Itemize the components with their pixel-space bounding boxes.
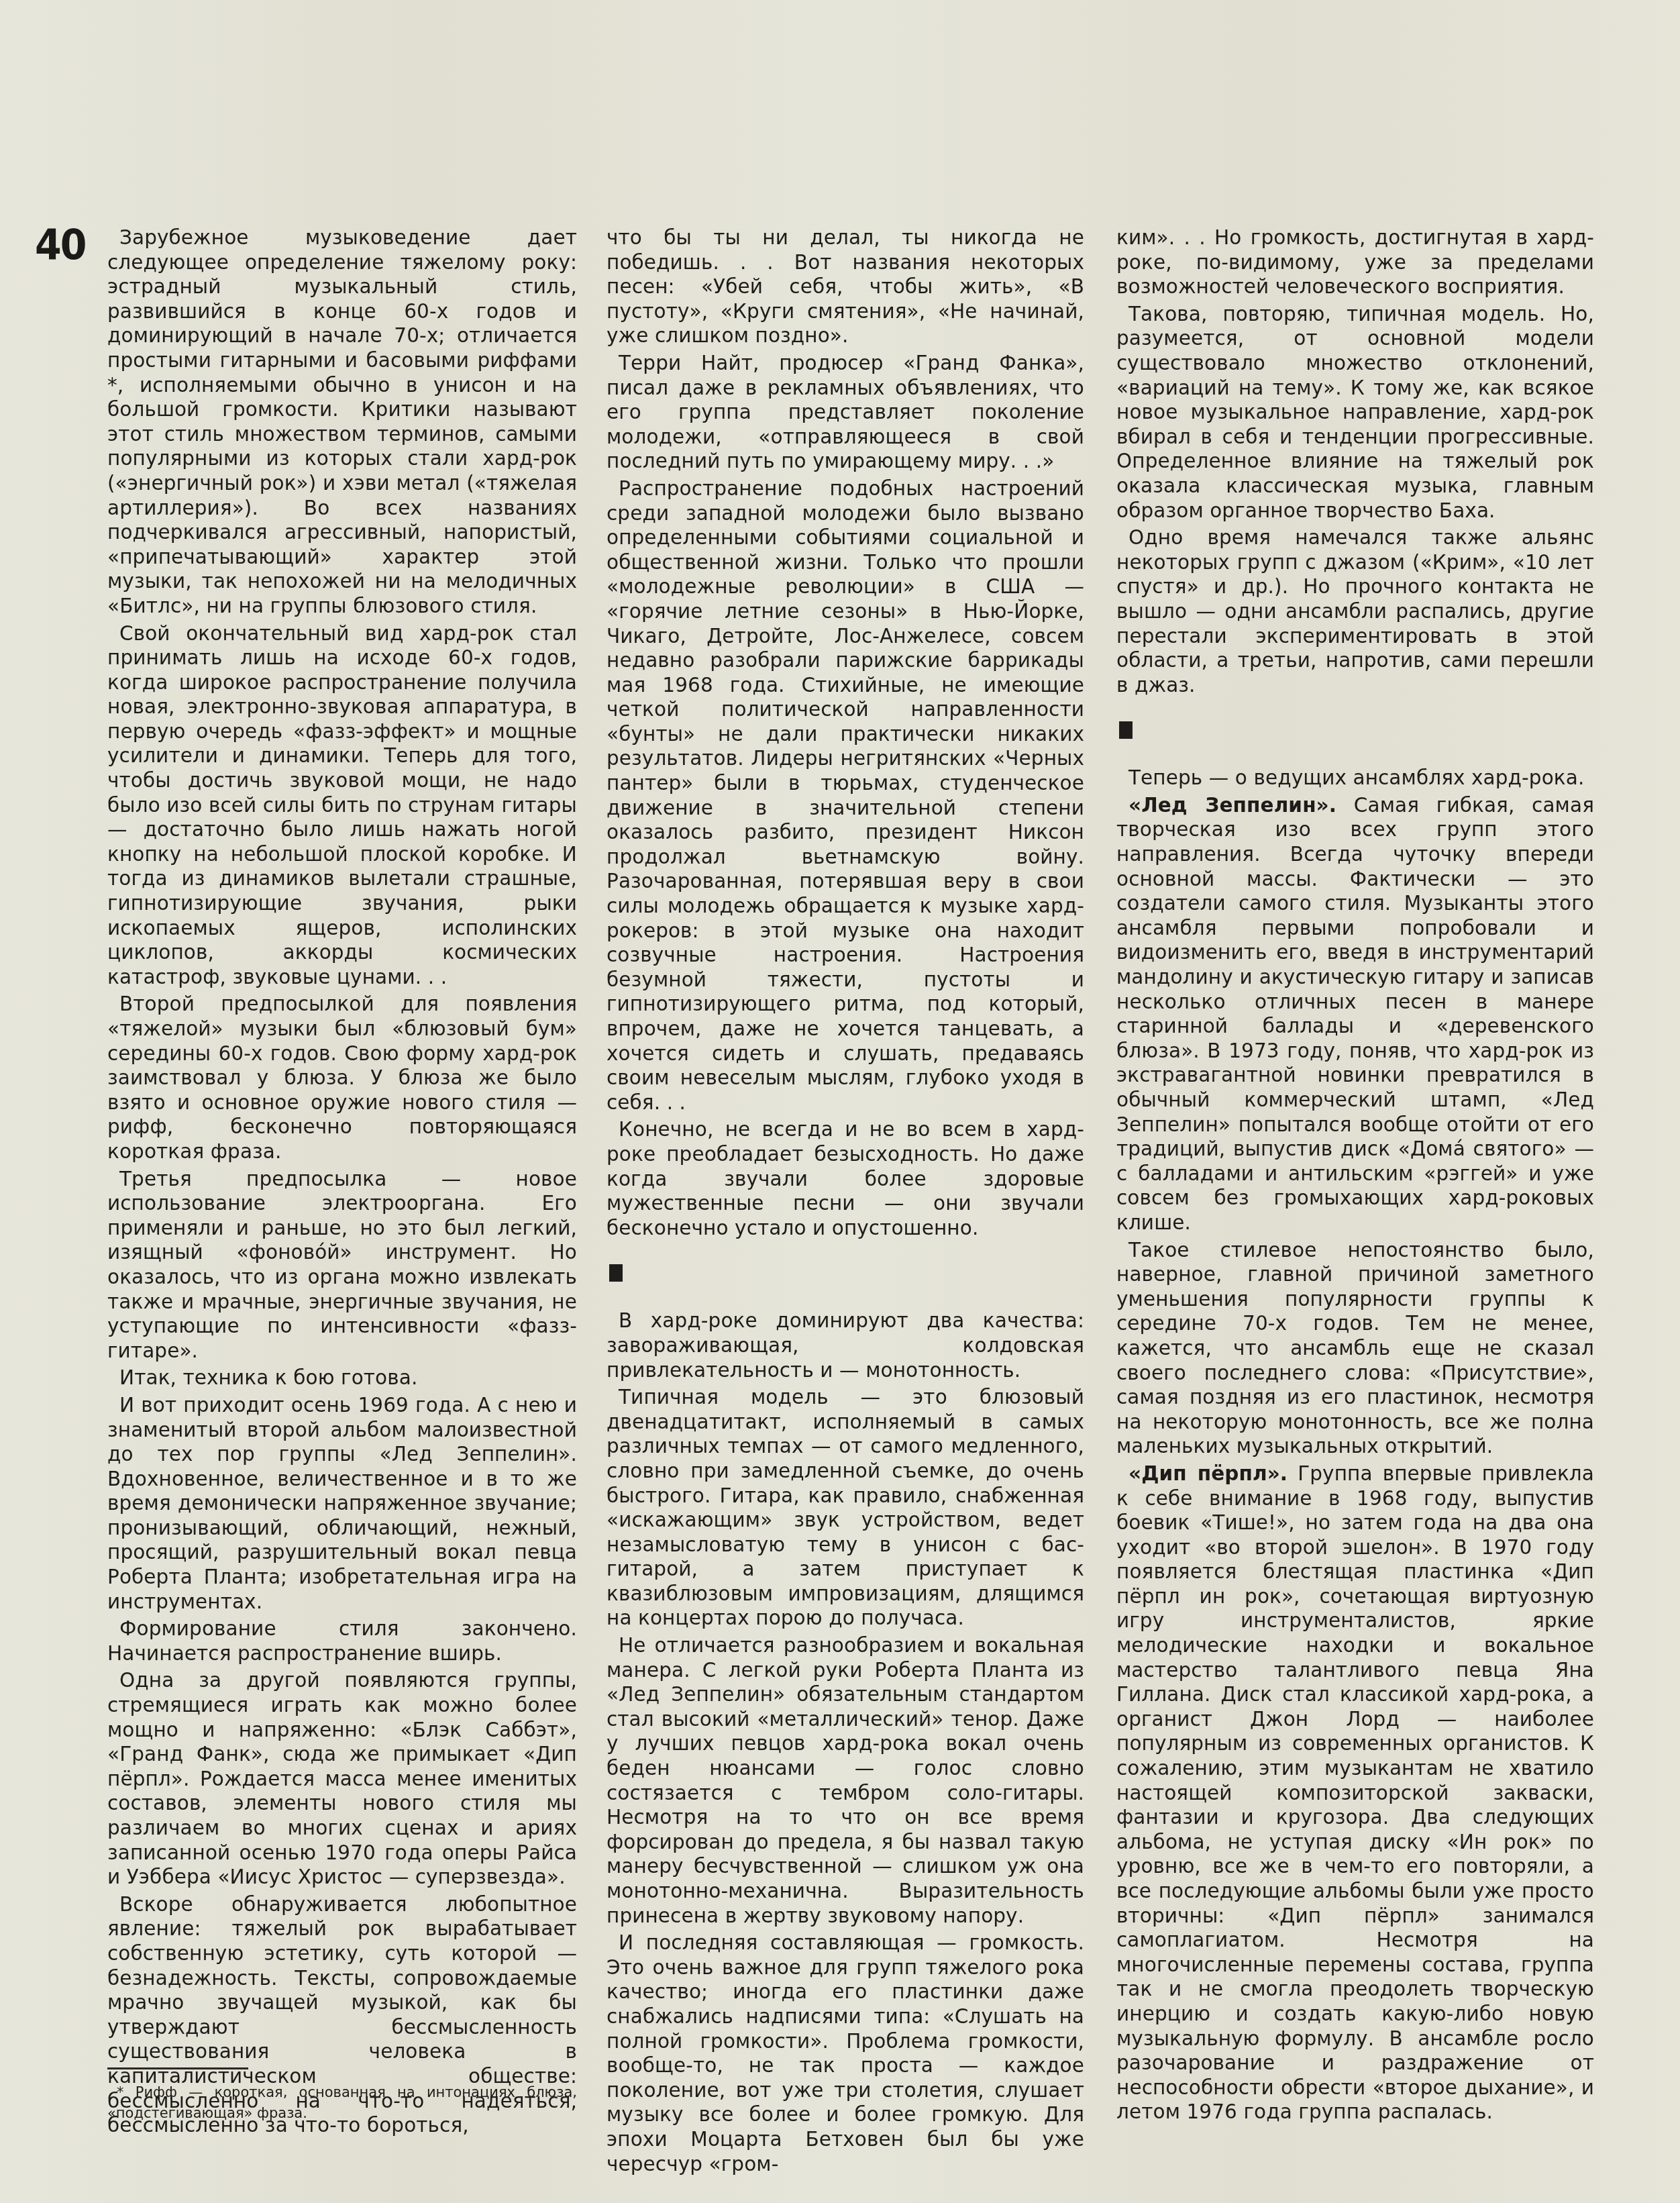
- section-led-zeppelin: «Лед Зеппелин». Самая гибкая, самая твор…: [1116, 793, 1594, 1235]
- section-break-square-icon: [1119, 721, 1133, 739]
- page-number: 40: [35, 224, 86, 266]
- paragraph: Такова, повторяю, типичная модель. Но, р…: [1116, 302, 1594, 523]
- footnote-divider: [107, 2067, 248, 2069]
- paragraph: ким». . . Но громкость, достигнутая в ха…: [1116, 225, 1594, 299]
- paragraph: В хард-роке доминируют два качества: зав…: [607, 1309, 1084, 1382]
- section-break-square-icon: [609, 1264, 623, 1282]
- paragraph: И вот приходит осень 1969 года. А с нею …: [107, 1393, 577, 1614]
- paragraph: Формирование стиля закончено. Начинается…: [107, 1617, 577, 1666]
- paragraph: Итак, техника к бою готова.: [107, 1366, 577, 1390]
- paragraph: Такое стилевое непостоянство было, навер…: [1116, 1238, 1594, 1459]
- column-right: ким». . . Но громкость, достигнутая в ха…: [1116, 225, 1594, 2127]
- paragraph: Свой окончательный вид хард-рок стал при…: [107, 621, 577, 990]
- paragraph: Зарубежное музыковедение дает следующее …: [107, 225, 577, 619]
- paragraph: Теперь — о ведущих ансамблях хард-рока.: [1116, 766, 1594, 790]
- paragraph: Распространение подобных настроений сред…: [607, 476, 1084, 1115]
- column-left: Зарубежное музыковедение дает следующее …: [107, 225, 577, 2141]
- band-heading-deep-purple: «Дип пёрпл».: [1128, 1462, 1288, 1485]
- paragraph: Не отличается разнообразием и вокальная …: [607, 1633, 1084, 1928]
- paragraph: И последняя составляющая — громкость. Эт…: [607, 1931, 1084, 2176]
- paragraph: Одна за другой появляются группы, стремя…: [107, 1668, 577, 1889]
- column-middle: что бы ты ни делал, ты никогда не победи…: [607, 225, 1084, 2179]
- paragraph: Третья предпосылка — новое использование…: [107, 1167, 577, 1364]
- paragraph: Терри Найт, продюсер «Гранд Фанка», писа…: [607, 351, 1084, 474]
- paragraph: Второй предпосылкой для появления «тяжел…: [107, 992, 577, 1164]
- band-text: Группа впервые привлекла к себе внимание…: [1116, 1462, 1594, 2123]
- paragraph: Конечно, не всегда и не во всем в хард-р…: [607, 1117, 1084, 1240]
- paragraph: Одно время намечался также альянс некото…: [1116, 525, 1594, 697]
- section-deep-purple: «Дип пёрпл». Группа впервые привлекла к …: [1116, 1462, 1594, 2124]
- paragraph: Типичная модель — это блюзовый двенадцат…: [607, 1385, 1084, 1631]
- band-text: Самая гибкая, самая творческая изо всех …: [1116, 794, 1594, 1234]
- paragraph: что бы ты ни делал, ты никогда не победи…: [607, 225, 1084, 348]
- band-heading-led-zeppelin: «Лед Зеппелин».: [1128, 794, 1336, 817]
- footnote: * Рифф — короткая, основанная на интонац…: [107, 2082, 577, 2124]
